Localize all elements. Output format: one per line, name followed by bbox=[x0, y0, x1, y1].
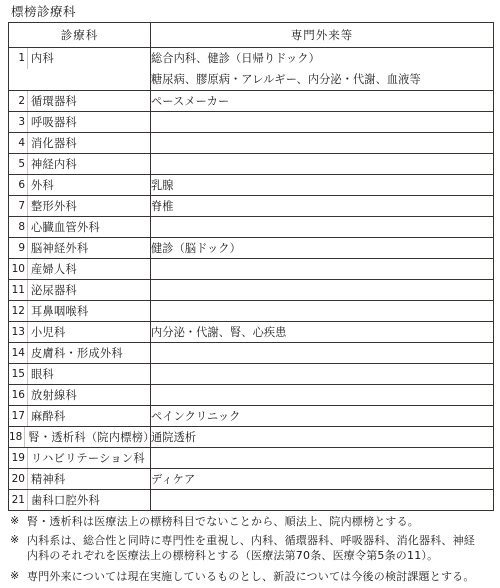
footnote: ※腎・透析科は医療法上の標榜科目でないことから、順法上、院内標榜とする。 bbox=[10, 514, 498, 529]
specialty-cell: ペインクリニック bbox=[151, 406, 494, 427]
table-row: 18腎・透析科（院内標榜）通院透析 bbox=[9, 427, 494, 448]
table-row: 11泌尿器科 bbox=[9, 280, 494, 301]
table-row: 21歯科口腔外科 bbox=[9, 490, 494, 511]
department-name: 歯科口腔外科 bbox=[31, 492, 100, 508]
table-row: 19リハビリテーション科 bbox=[9, 448, 494, 469]
department-cell: 6外科 bbox=[9, 175, 151, 196]
specialty-cell: 総合内科、健診（日帰りドック）糖尿病、膠原病・アレルギー、内分泌・代謝、血液等 bbox=[151, 48, 494, 91]
table-row: 8心臓血管外科 bbox=[9, 217, 494, 238]
department-name: 精神科 bbox=[31, 471, 65, 487]
specialty-text: 内分泌・代謝、腎、心疾患 bbox=[151, 324, 493, 340]
department-cell: 5神経内科 bbox=[9, 154, 151, 175]
table-row: 14皮膚科・形成外科 bbox=[9, 343, 494, 364]
department-cell: 8心臓血管外科 bbox=[9, 217, 151, 238]
specialty-cell: 乳腺 bbox=[151, 175, 494, 196]
row-number: 17 bbox=[9, 406, 28, 426]
table-row: 5神経内科 bbox=[9, 154, 494, 175]
row-number: 21 bbox=[9, 490, 28, 510]
department-name: 脳神経外科 bbox=[31, 240, 88, 256]
specialty-cell bbox=[151, 154, 494, 175]
department-name: 皮膚科・形成外科 bbox=[31, 345, 123, 361]
specialty-cell bbox=[151, 217, 494, 238]
department-cell: 10産婦人科 bbox=[9, 259, 151, 280]
specialty-text: 通院透析 bbox=[151, 429, 493, 445]
table-row: 15眼科 bbox=[9, 364, 494, 385]
table-row: 20精神科ディケア bbox=[9, 469, 494, 490]
department-name: 産婦人科 bbox=[31, 261, 77, 277]
specialty-cell: 内分泌・代謝、腎、心疾患 bbox=[151, 322, 494, 343]
department-name: 循環器科 bbox=[31, 93, 77, 109]
row-number: 15 bbox=[9, 364, 28, 384]
footnote-line: 腎・透析科は医療法上の標榜科目でないことから、順法上、院内標榜とする。 bbox=[27, 514, 419, 529]
specialty-cell bbox=[151, 301, 494, 322]
department-cell: 2循環器科 bbox=[9, 91, 151, 112]
footnote-text: 腎・透析科は医療法上の標榜科目でないことから、順法上、院内標榜とする。 bbox=[27, 514, 419, 529]
row-number: 14 bbox=[9, 343, 28, 363]
reference-mark-icon: ※ bbox=[10, 569, 27, 584]
row-number: 7 bbox=[9, 196, 28, 216]
row-number: 18 bbox=[9, 427, 25, 447]
department-name: 外科 bbox=[31, 177, 54, 193]
specialty-cell bbox=[151, 448, 494, 469]
departments-table: 診療科 専門外来等 1内科総合内科、健診（日帰りドック）糖尿病、膠原病・アレルギ… bbox=[8, 22, 494, 511]
department-cell: 17麻酔科 bbox=[9, 406, 151, 427]
department-cell: 16放射線科 bbox=[9, 385, 151, 406]
department-name: 耳鼻咽喉科 bbox=[31, 303, 88, 319]
specialty-cell bbox=[151, 385, 494, 406]
reference-mark-icon: ※ bbox=[10, 533, 27, 563]
table-row: 1内科総合内科、健診（日帰りドック）糖尿病、膠原病・アレルギー、内分泌・代謝、血… bbox=[9, 48, 494, 91]
department-cell: 12耳鼻咽喉科 bbox=[9, 301, 151, 322]
specialty-text: ディケア bbox=[151, 471, 493, 487]
table-row: 10産婦人科 bbox=[9, 259, 494, 280]
specialty-cell bbox=[151, 112, 494, 133]
department-cell: 19リハビリテーション科 bbox=[9, 448, 151, 469]
specialty-cell: 脊椎 bbox=[151, 196, 494, 217]
department-name: 整形外科 bbox=[31, 198, 77, 214]
table-body: 1内科総合内科、健診（日帰りドック）糖尿病、膠原病・アレルギー、内分泌・代謝、血… bbox=[9, 48, 494, 511]
department-cell: 18腎・透析科（院内標榜） bbox=[9, 427, 151, 448]
row-number: 10 bbox=[9, 259, 28, 279]
department-cell: 7整形外科 bbox=[9, 196, 151, 217]
table-row: 2循環器科ペースメーカー bbox=[9, 91, 494, 112]
department-name: 放射線科 bbox=[31, 387, 77, 403]
department-cell: 3呼吸器科 bbox=[9, 112, 151, 133]
table-row: 6外科乳腺 bbox=[9, 175, 494, 196]
department-name: 消化器科 bbox=[31, 135, 77, 151]
department-name: 小児科 bbox=[31, 324, 65, 340]
table-row: 17麻酔科ペインクリニック bbox=[9, 406, 494, 427]
reference-mark-icon: ※ bbox=[10, 514, 27, 529]
row-number: 16 bbox=[9, 385, 28, 405]
row-number: 6 bbox=[9, 175, 28, 195]
row-number: 11 bbox=[9, 280, 28, 300]
table-header-row: 診療科 専門外来等 bbox=[9, 23, 494, 48]
department-cell: 15眼科 bbox=[9, 364, 151, 385]
footnote: ※内科系は、総合性と同時に専門性を重視し、内科、循環器科、呼吸器科、消化器科、神… bbox=[10, 533, 498, 563]
specialty-text: 糖尿病、膠原病・アレルギー、内分泌・代謝、血液等 bbox=[151, 69, 493, 90]
header-specialty: 専門外来等 bbox=[151, 23, 494, 48]
department-name: 泌尿器科 bbox=[31, 282, 77, 298]
specialty-cell: 通院透析 bbox=[151, 427, 494, 448]
row-number: 5 bbox=[9, 154, 28, 174]
header-department: 診療科 bbox=[9, 23, 151, 48]
department-cell: 4消化器科 bbox=[9, 133, 151, 154]
row-number: 3 bbox=[9, 112, 28, 132]
department-name: リハビリテーション科 bbox=[31, 450, 145, 466]
row-number: 19 bbox=[9, 448, 28, 468]
specialty-cell bbox=[151, 490, 494, 511]
specialty-text: 乳腺 bbox=[151, 177, 493, 193]
department-name: 内科 bbox=[31, 48, 54, 69]
specialty-cell bbox=[151, 280, 494, 301]
footnotes: ※腎・透析科は医療法上の標榜科目でないことから、順法上、院内標榜とする。※内科系… bbox=[10, 514, 498, 588]
row-number: 1 bbox=[9, 48, 28, 69]
department-name: 心臓血管外科 bbox=[31, 219, 100, 235]
table-row: 16放射線科 bbox=[9, 385, 494, 406]
document-title: 標榜診療科 bbox=[11, 2, 76, 20]
table-row: 9脳神経外科健診（脳ドック） bbox=[9, 238, 494, 259]
department-cell: 20精神科 bbox=[9, 469, 151, 490]
footnote-text: 専門外来については現在実施しているものとし、新設については今後の検討課題とする。 bbox=[27, 569, 475, 584]
row-number: 9 bbox=[9, 238, 28, 258]
footnote-line: 内科系は、総合性と同時に専門性を重視し、内科、循環器科、呼吸器科、消化器科、神経 bbox=[27, 533, 475, 548]
department-cell: 21歯科口腔外科 bbox=[9, 490, 151, 511]
department-cell: 1内科 bbox=[9, 48, 151, 91]
specialty-text: ペインクリニック bbox=[151, 408, 493, 424]
table-row: 12耳鼻咽喉科 bbox=[9, 301, 494, 322]
specialty-cell bbox=[151, 259, 494, 280]
department-cell: 11泌尿器科 bbox=[9, 280, 151, 301]
table-row: 7整形外科脊椎 bbox=[9, 196, 494, 217]
specialty-text: 健診（脳ドック） bbox=[151, 240, 493, 256]
table-row: 3呼吸器科 bbox=[9, 112, 494, 133]
specialty-text: ペースメーカー bbox=[151, 93, 493, 109]
row-number: 2 bbox=[9, 91, 28, 111]
row-number: 20 bbox=[9, 469, 28, 489]
row-number: 4 bbox=[9, 133, 28, 153]
footnote: ※専門外来については現在実施しているものとし、新設については今後の検討課題とする… bbox=[10, 569, 498, 584]
specialty-cell bbox=[151, 364, 494, 385]
row-number: 12 bbox=[9, 301, 28, 321]
department-cell: 13小児科 bbox=[9, 322, 151, 343]
department-name: 眼科 bbox=[31, 366, 54, 382]
footnote-line: 内科のそれぞれを医療法上の標榜科とする（医療法第70条、医療令第5条の11）。 bbox=[27, 548, 475, 563]
department-name: 神経内科 bbox=[31, 156, 77, 172]
specialty-text: 脊椎 bbox=[151, 198, 493, 214]
specialty-cell: 健診（脳ドック） bbox=[151, 238, 494, 259]
row-number: 8 bbox=[9, 217, 28, 237]
row-number: 13 bbox=[9, 322, 28, 342]
specialty-cell: ペースメーカー bbox=[151, 91, 494, 112]
table-row: 4消化器科 bbox=[9, 133, 494, 154]
specialty-text: 総合内科、健診（日帰りドック） bbox=[151, 48, 493, 69]
specialty-cell bbox=[151, 133, 494, 154]
footnote-text: 内科系は、総合性と同時に専門性を重視し、内科、循環器科、呼吸器科、消化器科、神経… bbox=[27, 533, 475, 563]
department-name: 腎・透析科（院内標榜） bbox=[28, 429, 150, 445]
department-name: 呼吸器科 bbox=[31, 114, 77, 130]
table-row: 13小児科内分泌・代謝、腎、心疾患 bbox=[9, 322, 494, 343]
specialty-cell bbox=[151, 343, 494, 364]
specialty-cell: ディケア bbox=[151, 469, 494, 490]
department-name: 麻酔科 bbox=[31, 408, 65, 424]
footnote-line: 専門外来については現在実施しているものとし、新設については今後の検討課題とする。 bbox=[27, 569, 475, 584]
department-cell: 14皮膚科・形成外科 bbox=[9, 343, 151, 364]
department-cell: 9脳神経外科 bbox=[9, 238, 151, 259]
